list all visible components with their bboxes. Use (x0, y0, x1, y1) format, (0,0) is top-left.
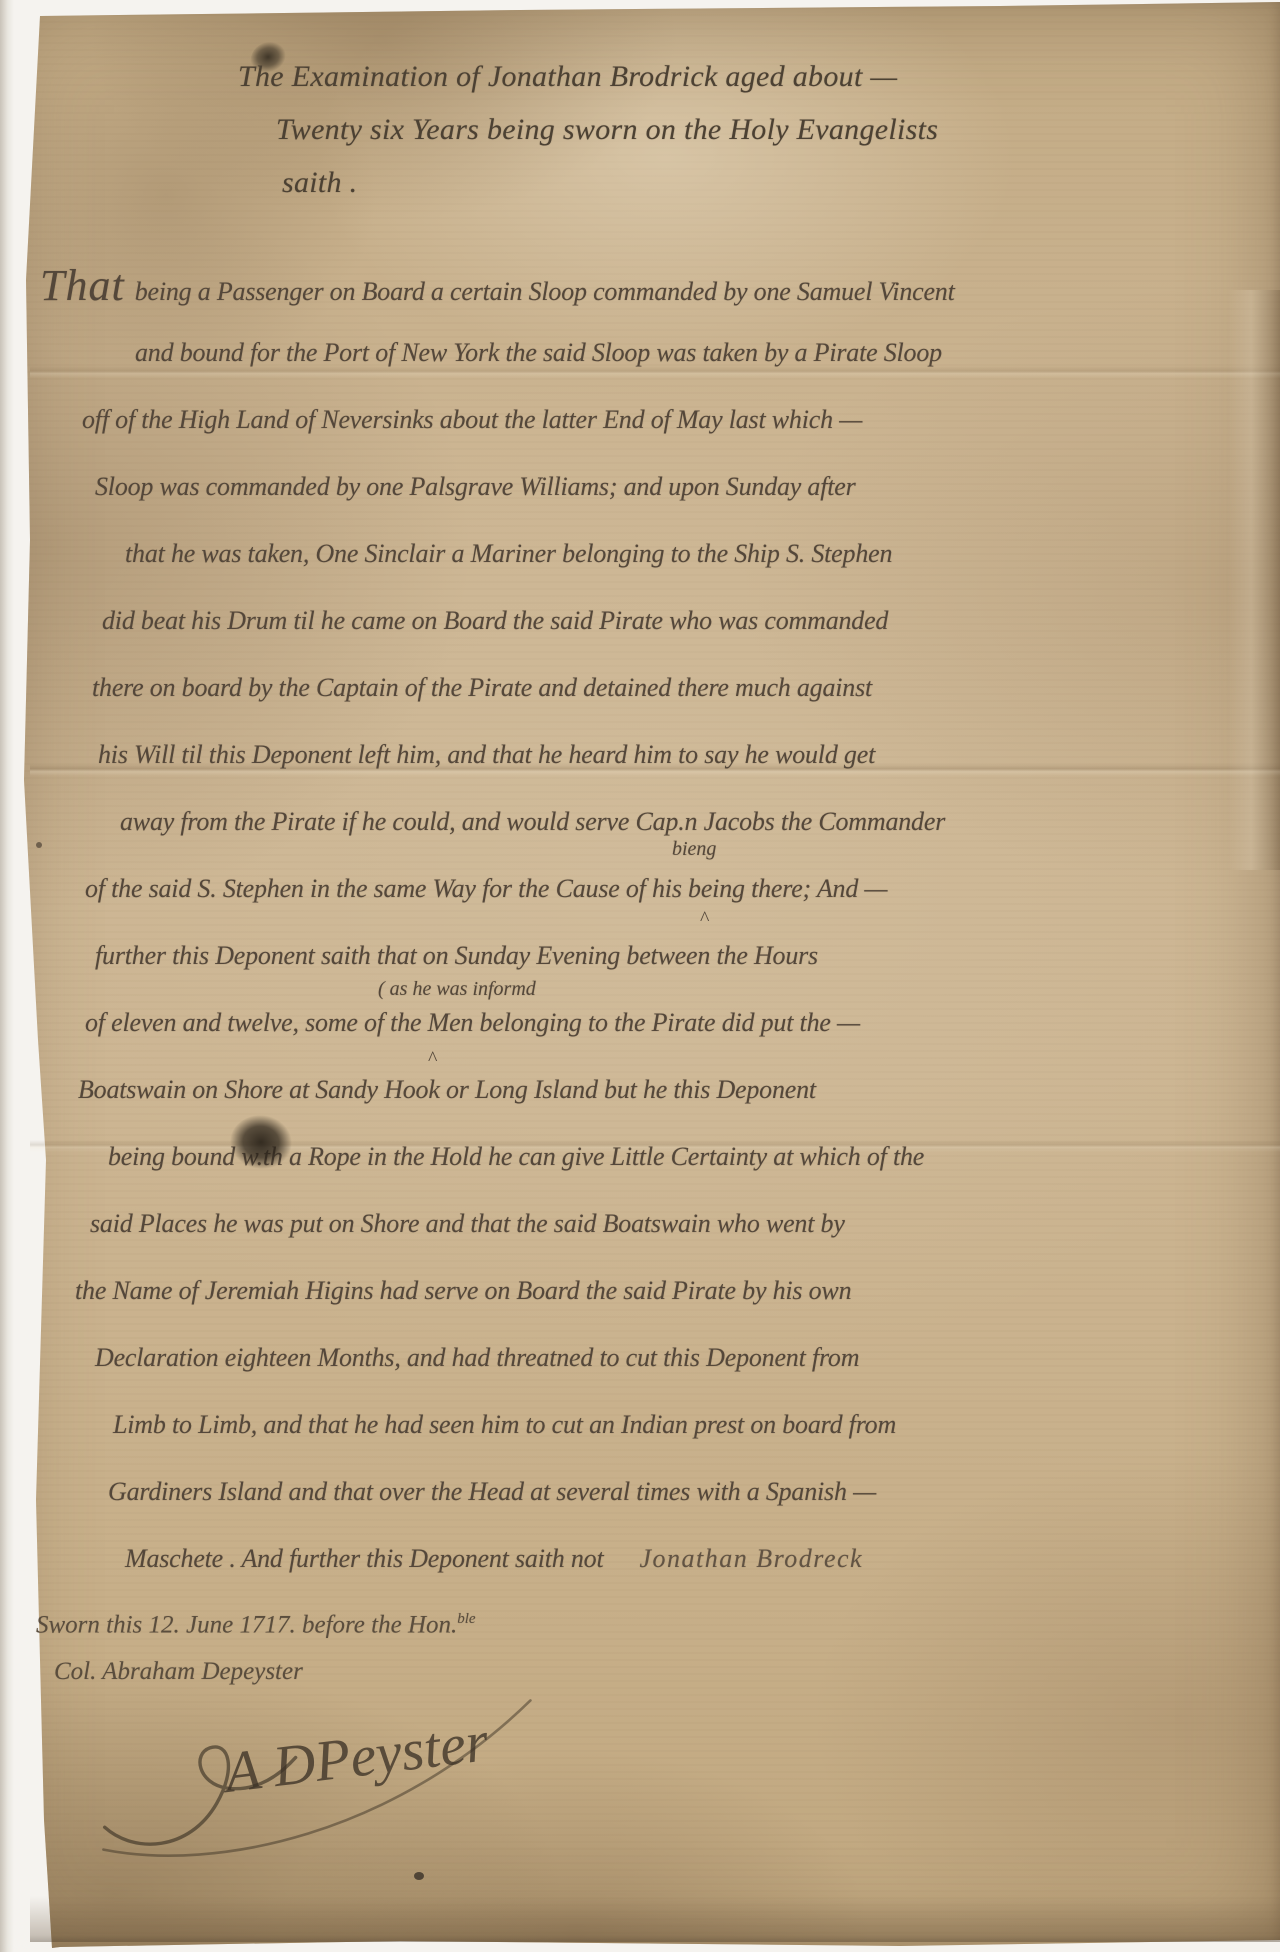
body-line-20: Maschete . And further this Deponent sai… (125, 1525, 955, 1592)
officer-signature-text: A DPeyster (217, 1708, 492, 1805)
body-line-4: Sloop was commanded by one Palsgrave Wil… (95, 453, 955, 520)
heading-line-2: Twenty six Years being sworn on the Holy… (276, 103, 938, 156)
opening-word: That (40, 261, 125, 310)
heading-line-1: The Examination of Jonathan Brodrick age… (238, 50, 938, 103)
caret-mark-2: ^ (428, 1048, 437, 1071)
body-line-1-text: being a Passenger on Board a certain Slo… (135, 277, 955, 306)
body-line-3: off of the High Land of Neversinks about… (82, 386, 955, 453)
body-line-9: away from the Pirate if he could, and wo… (120, 788, 955, 855)
body-line-10: of the said S. Stephen in the same Way f… (85, 855, 955, 922)
body-line-13: Boatswain on Shore at Sandy Hook or Long… (78, 1056, 955, 1123)
right-edge-fold (1228, 290, 1280, 870)
body-line-7: there on board by the Captain of the Pir… (92, 654, 955, 721)
interlinear-insertion-being: bieng (672, 838, 716, 861)
manuscript-page: The Examination of Jonathan Brodrick age… (0, 0, 1280, 1952)
attestation-line-1-text: Sworn this 12. June 1717. before the Hon… (36, 1611, 457, 1638)
officer-signature-block: A DPeyster (85, 1672, 565, 1862)
body-line-16: the Name of Jeremiah Higins had serve on… (75, 1257, 955, 1324)
ink-speck-margin (36, 842, 42, 848)
ink-speck-bottom (414, 1872, 424, 1880)
body-line-5: that he was taken, One Sinclair a Marine… (125, 520, 955, 587)
body-line-6: did beat his Drum til he came on Board t… (102, 587, 955, 654)
body-line-8: his Will til this Deponent left him, and… (98, 721, 955, 788)
body-line-20-text: Maschete . And further this Deponent sai… (125, 1544, 604, 1573)
document-heading: The Examination of Jonathan Brodrick age… (238, 50, 938, 209)
officer-signature-flourish: A DPeyster (85, 1672, 565, 1862)
body-line-17: Declaration eighteen Months, and had thr… (95, 1324, 955, 1391)
caret-mark-1: ^ (700, 908, 709, 931)
deponent-signature: Jonathan Brodreck (640, 1544, 864, 1573)
body-line-15: said Places he was put on Shore and that… (90, 1190, 955, 1257)
body-line-2: and bound for the Port of New York the s… (135, 319, 955, 386)
deposition-body: Thatbeing a Passenger on Board a certain… (40, 252, 955, 1592)
attestation-superscript: ble (457, 1611, 475, 1627)
body-line-1: Thatbeing a Passenger on Board a certain… (40, 252, 955, 319)
heading-line-3: saith . (282, 156, 938, 209)
body-line-19: Gardiners Island and that over the Head … (108, 1458, 955, 1525)
body-line-18: Limb to Limb, and that he had seen him t… (113, 1391, 955, 1458)
attestation-line-1: Sworn this 12. June 1717. before the Hon… (36, 1596, 476, 1648)
interlinear-insertion-informed: ( as he was informd (378, 978, 536, 1001)
